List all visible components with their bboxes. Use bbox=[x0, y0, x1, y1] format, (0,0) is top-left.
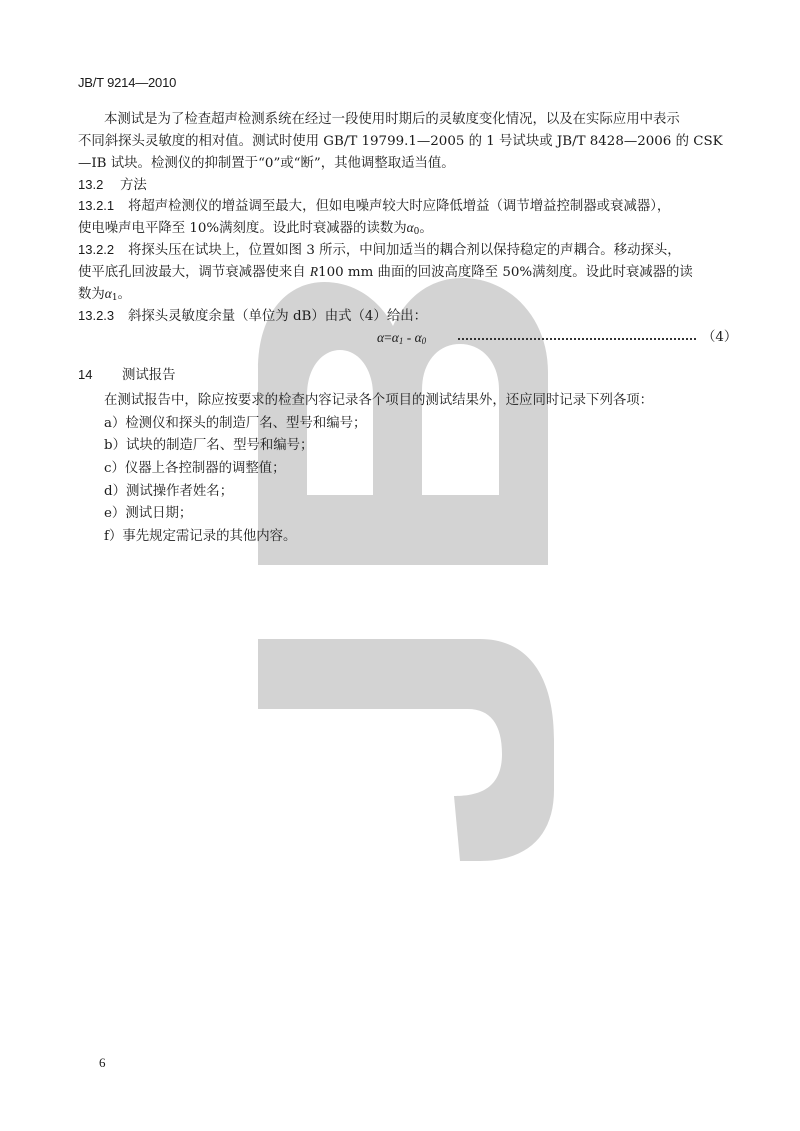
formula-dot-leader bbox=[458, 338, 696, 340]
report-item-b: b）试块的制造厂名、型号和编号； bbox=[104, 436, 313, 456]
section-title: 测试报告 bbox=[122, 367, 176, 382]
clause-13-2-2-line-1: 13.2.2将探头压在试块上，位置如图 3 所示，中间加适当的耦合剂以保持稳定的… bbox=[78, 240, 740, 261]
formula-term2-sub: 0 bbox=[422, 336, 427, 346]
page-number: 6 bbox=[99, 1053, 106, 1073]
clause-13-2-2-line-3: 数为α1。 bbox=[78, 284, 740, 305]
section-13-2-heading: 13.2方法 bbox=[78, 175, 740, 196]
clause-13-2-1-line-1: 13.2.1将超声检测仪的增益调至最大，但如电噪声较大时应降低增益（调节增益控制… bbox=[78, 196, 740, 217]
clause-text: 将超声检测仪的增益调至最大，但如电噪声较大时应降低增益（调节增益控制器或衰减器）… bbox=[128, 199, 670, 214]
alpha-symbol: α bbox=[105, 286, 112, 301]
formula-4: α=α1 - α0 bbox=[377, 328, 426, 348]
clause-number: 13.2.1 bbox=[78, 196, 128, 216]
clause-text: 将探头压在试块上，位置如图 3 所示，中间加适当的耦合剂以保持稳定的声耦合。移动… bbox=[128, 243, 681, 258]
standard-id-header: JB/T 9214—2010 bbox=[78, 73, 176, 93]
clause-text: 100 mm 曲面的回波高度降至 50%满刻度。设此时衰减器的读 bbox=[318, 265, 693, 280]
section-14-intro: 在测试报告中，除应按要求的检查内容记录各个项目的测试结果外，还应同时记录下列各项… bbox=[104, 391, 653, 411]
section-14-heading: 14测试报告 bbox=[78, 365, 740, 386]
clause-13-2-2-line-2: 使平底孔回波最大，调节衰减器使来自 R100 mm 曲面的回波高度降至 50%满… bbox=[78, 262, 740, 283]
clause-text: 使电噪声电平降至 10%满刻度。设此时衰减器的读数为 bbox=[78, 221, 407, 236]
alpha-symbol: α bbox=[407, 220, 414, 235]
report-item-d: d）测试操作者姓名； bbox=[104, 482, 233, 502]
intro-line-3: —IB 试块。检测仪的抑制置于“0”或“断”，其他调整取适当值。 bbox=[78, 154, 740, 174]
radius-symbol: R bbox=[310, 264, 318, 279]
report-item-c: c）仪器上各控制器的调整值； bbox=[104, 459, 286, 479]
document-page: JB/T 9214—2010 本测试是为了检查超声检测系统在经过一段使用时期后的… bbox=[0, 0, 800, 1131]
clause-number: 13.2.2 bbox=[78, 240, 128, 260]
intro-line-2: 不同斜探头灵敏度的相对值。测试时使用 GB/T 19799.1—2005 的 1… bbox=[78, 132, 740, 152]
clause-punct: 。 bbox=[118, 287, 131, 302]
section-number: 13.2 bbox=[78, 175, 120, 195]
report-item-e: e）测试日期； bbox=[104, 504, 192, 524]
report-item-a: a）检测仪和探头的制造厂名、型号和编号； bbox=[104, 414, 366, 434]
section-number: 14 bbox=[78, 365, 122, 385]
intro-line-1: 本测试是为了检查超声检测系统在经过一段使用时期后的灵敏度变化情况，以及在实际应用… bbox=[104, 110, 680, 130]
clause-text: 使平底孔回波最大，调节衰减器使来自 bbox=[78, 265, 310, 280]
formula-term2: α bbox=[415, 330, 422, 345]
formula-minus: - bbox=[403, 330, 414, 345]
clause-text: 斜探头灵敏度余量（单位为 dB）由式（4）给出： bbox=[128, 309, 427, 324]
clause-number: 13.2.3 bbox=[78, 306, 128, 326]
report-item-f: f）事先规定需记录的其他内容。 bbox=[104, 527, 296, 547]
clause-13-2-1-line-2: 使电噪声电平降至 10%满刻度。设此时衰减器的读数为α0。 bbox=[78, 218, 740, 239]
formula-term1: α bbox=[392, 330, 399, 345]
clause-13-2-3-line-1: 13.2.3斜探头灵敏度余量（单位为 dB）由式（4）给出： bbox=[78, 306, 740, 327]
clause-punct: 。 bbox=[419, 221, 432, 236]
section-title: 方法 bbox=[120, 177, 147, 192]
clause-text: 数为 bbox=[78, 287, 105, 302]
formula-equals: = bbox=[384, 330, 392, 345]
equation-number: （4） bbox=[702, 328, 737, 348]
